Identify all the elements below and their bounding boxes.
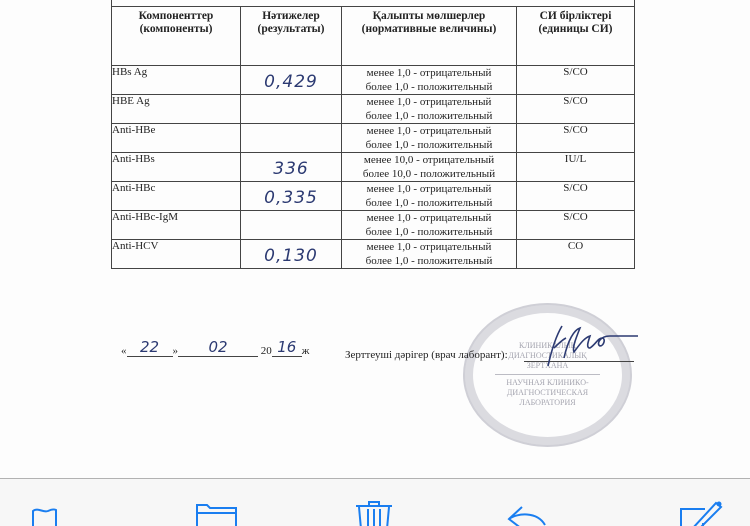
- compose-button[interactable]: [676, 499, 720, 526]
- scanned-document: Компоненттер(компоненты) Нәтижелер(резул…: [0, 0, 750, 478]
- handwritten-result: 0,429: [241, 72, 341, 92]
- result-cell: [241, 211, 342, 240]
- bottom-toolbar: [0, 478, 750, 526]
- norm-cell: менее 10,0 - отрицательныйболее 10,0 - п…: [342, 153, 517, 182]
- header-units: СИ бірліктері(единицы СИ): [517, 7, 635, 66]
- move-to-folder-button[interactable]: [194, 499, 238, 526]
- flag-button[interactable]: [28, 499, 72, 526]
- norm-cell: менее 1,0 - отрицательныйболее 1,0 - пол…: [342, 182, 517, 211]
- month-field: 02: [178, 342, 258, 357]
- unit-cell: S/CO: [517, 95, 635, 124]
- norm-cell: менее 1,0 - отрицательныйболее 1,0 - пол…: [342, 240, 517, 269]
- results-table: Компоненттер(компоненты) Нәтижелер(резул…: [111, 6, 635, 269]
- result-cell: 336: [241, 153, 342, 182]
- trash-button[interactable]: [353, 499, 397, 526]
- unit-cell: IU/L: [517, 153, 635, 182]
- table-row: Anti-HBc0,335менее 1,0 - отрицательныйбо…: [112, 182, 635, 211]
- table-row: HBs Ag0,429менее 1,0 - отрицательныйболе…: [112, 66, 635, 95]
- norm-cell: менее 1,0 - отрицательныйболее 1,0 - пол…: [342, 66, 517, 95]
- result-cell: 0,335: [241, 182, 342, 211]
- result-cell: [241, 124, 342, 153]
- result-cell: 0,130: [241, 240, 342, 269]
- table-header-row: Компоненттер(компоненты) Нәтижелер(резул…: [112, 7, 635, 66]
- signer-label: Зерттеуші дәрігер (врач лаборант):: [345, 349, 508, 361]
- table-row: Anti-HBeменее 1,0 - отрицательныйболее 1…: [112, 124, 635, 153]
- table-row: Anti-HCV0,130менее 1,0 - отрицательныйбо…: [112, 240, 635, 269]
- date-line: «22»02 2016ж: [121, 342, 309, 357]
- day-field: 22: [127, 342, 173, 357]
- unit-cell: S/CO: [517, 182, 635, 211]
- component-cell: HBE Ag: [112, 95, 241, 124]
- reply-button[interactable]: [505, 499, 549, 526]
- unit-cell: CO: [517, 240, 635, 269]
- result-cell: [241, 95, 342, 124]
- year-prefix: 20: [261, 345, 272, 357]
- handwritten-result: 0,130: [241, 246, 341, 266]
- header-components: Компоненттер(компоненты): [112, 7, 241, 66]
- flag-icon: [28, 499, 72, 526]
- header-norms: Қалыпты мөлшерлер(нормативные величины): [342, 7, 517, 66]
- component-cell: Anti-HBc-IgM: [112, 211, 241, 240]
- table-row: Anti-HBc-IgMменее 1,0 - отрицательныйбол…: [112, 211, 635, 240]
- component-cell: Anti-HBe: [112, 124, 241, 153]
- year-suffix-label: ж: [302, 345, 310, 357]
- component-cell: Anti-HBs: [112, 153, 241, 182]
- unit-cell: S/CO: [517, 66, 635, 95]
- component-cell: HBs Ag: [112, 66, 241, 95]
- signature: [540, 318, 640, 368]
- table-row: Anti-HBs336менее 10,0 - отрицательныйбол…: [112, 153, 635, 182]
- component-cell: Anti-HBc: [112, 182, 241, 211]
- table-row: HBE Agменее 1,0 - отрицательныйболее 1,0…: [112, 95, 635, 124]
- norm-cell: менее 1,0 - отрицательныйболее 1,0 - пол…: [342, 211, 517, 240]
- norm-cell: менее 1,0 - отрицательныйболее 1,0 - пол…: [342, 95, 517, 124]
- year-field: 16: [272, 342, 302, 357]
- unit-cell: S/CO: [517, 124, 635, 153]
- reply-icon: [505, 499, 549, 526]
- trash-icon: [353, 499, 397, 526]
- unit-cell: S/CO: [517, 211, 635, 240]
- norm-cell: менее 1,0 - отрицательныйболее 1,0 - пол…: [342, 124, 517, 153]
- header-results: Нәтижелер(результаты): [241, 7, 342, 66]
- component-cell: Anti-HCV: [112, 240, 241, 269]
- result-cell: 0,429: [241, 66, 342, 95]
- folder-icon: [194, 499, 238, 526]
- handwritten-result: 0,335: [241, 188, 341, 208]
- handwritten-result: 336: [241, 159, 341, 179]
- compose-icon: [676, 499, 726, 526]
